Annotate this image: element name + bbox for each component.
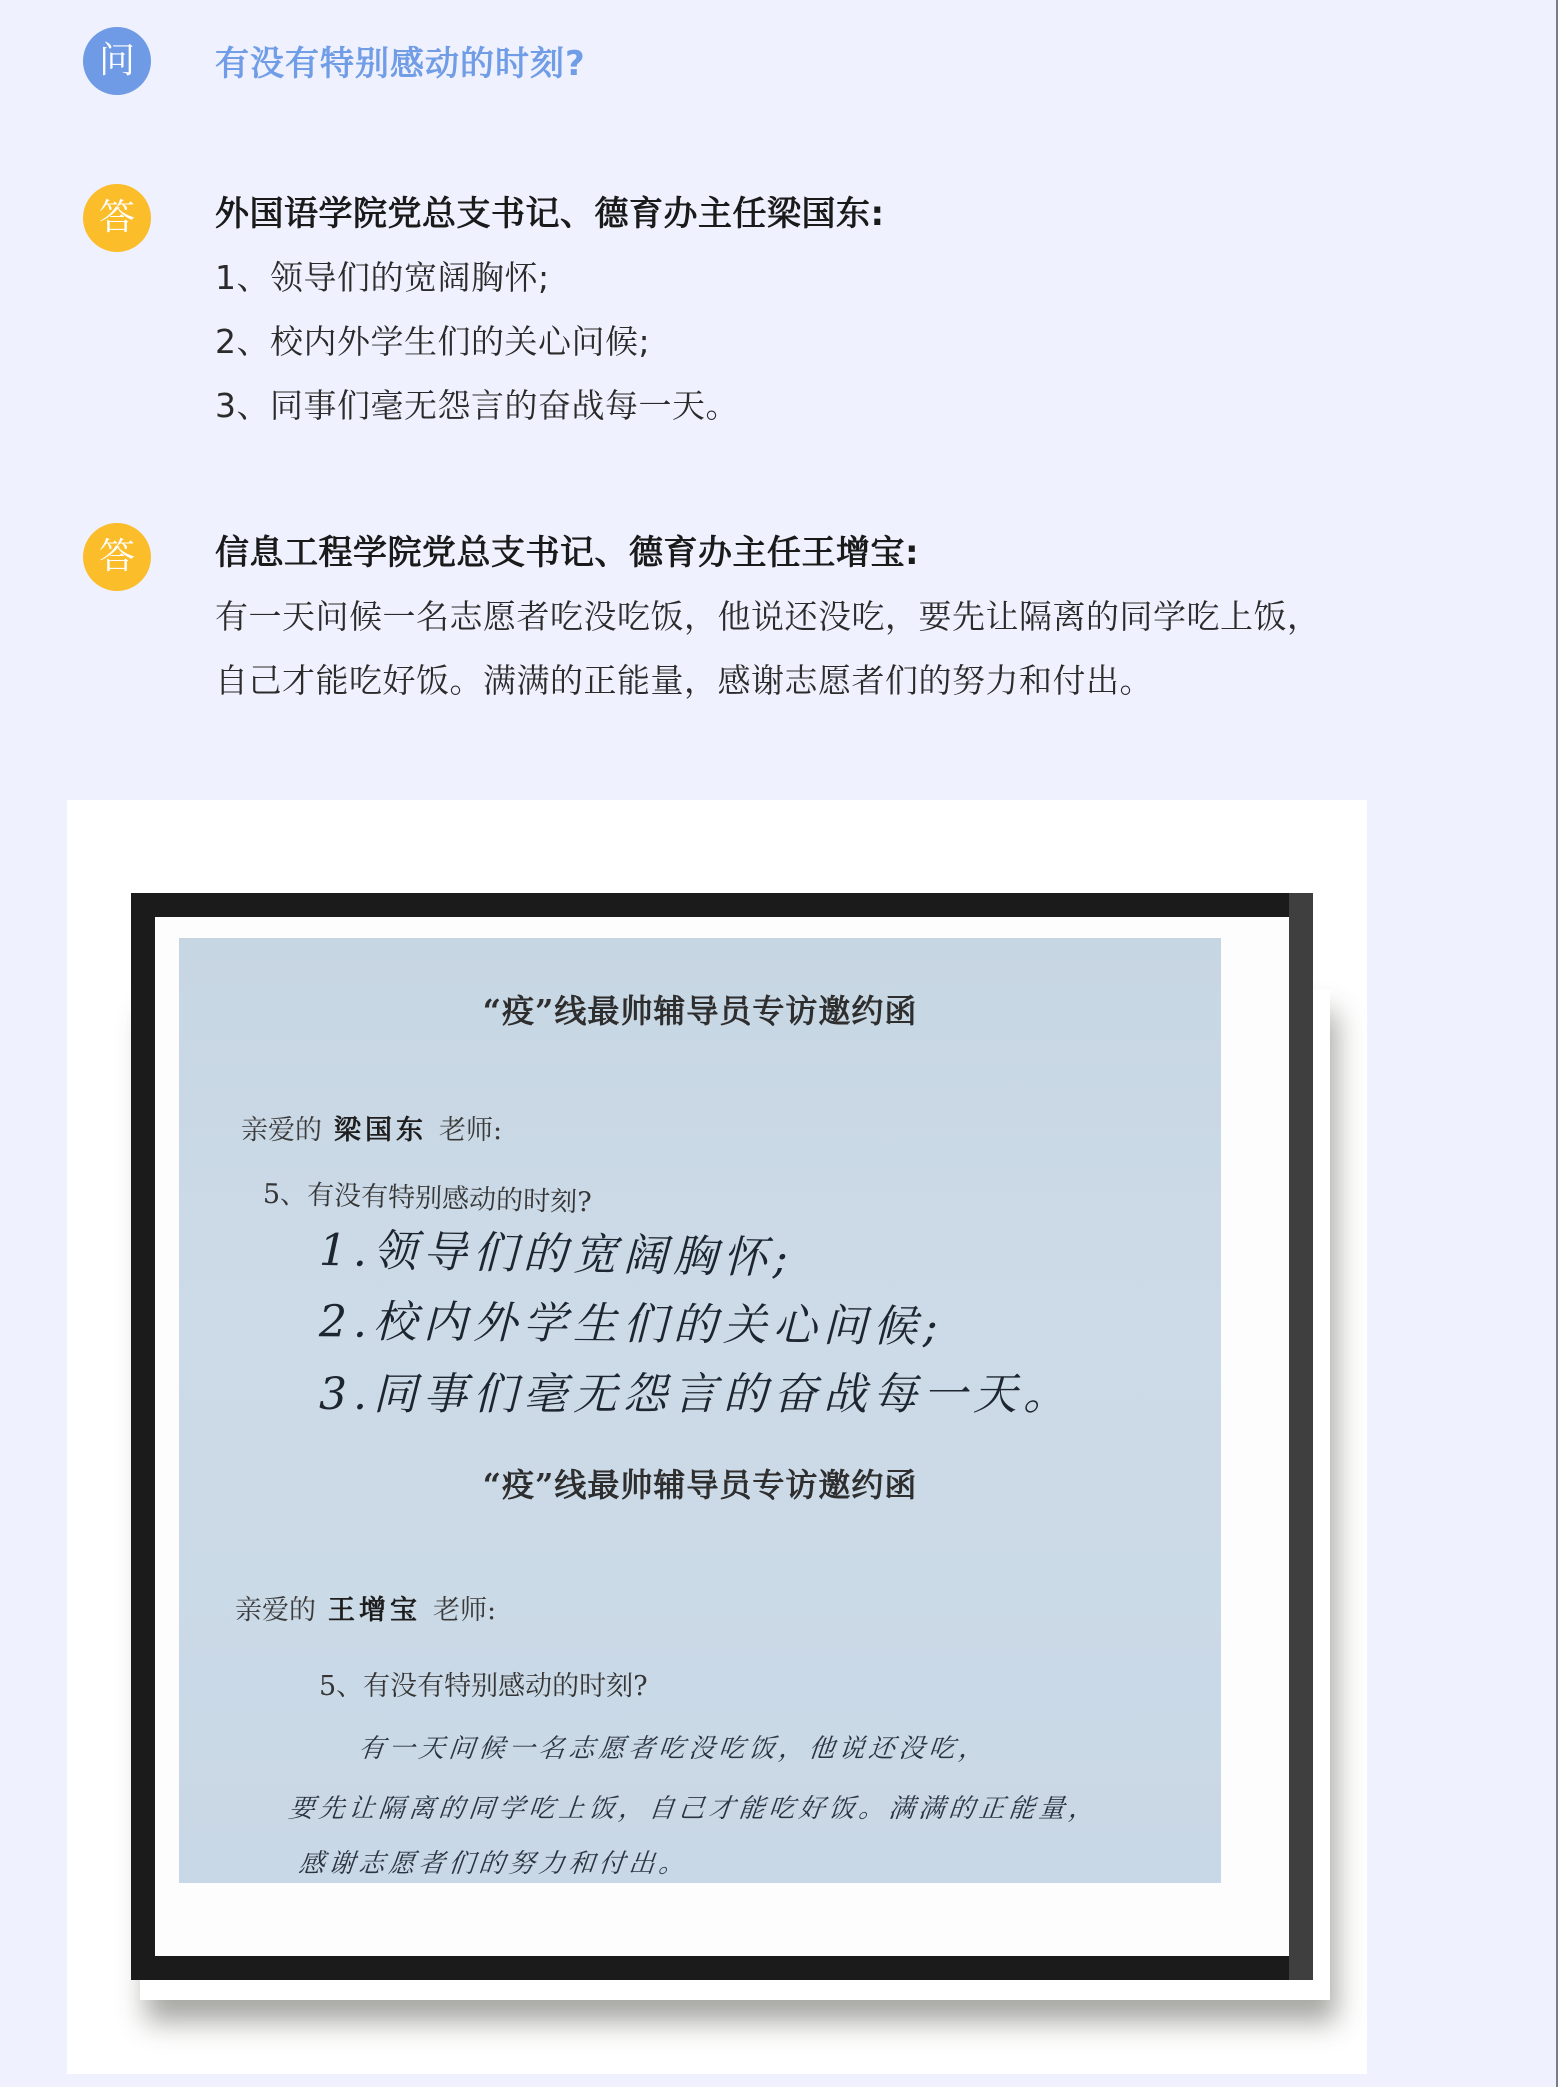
handwritten-line: 3.同事们毫无怨言的奋战每一天。 bbox=[319, 1358, 1073, 1422]
letter-greeting: 亲爱的王增宝老师: bbox=[235, 1588, 496, 1627]
greeting-prefix: 亲爱的 bbox=[235, 1595, 316, 1626]
answer-line: 有一天问候一名志愿者吃没吃饭，他说还没吃，要先让隔离的同学吃上饭， bbox=[215, 585, 1515, 649]
handwritten-line: 感谢志愿者们的努力和付出。 bbox=[297, 1843, 691, 1880]
letter-title: “疫”线最帅辅导员专访邀约函 bbox=[179, 986, 1221, 1032]
handwritten-line: 要先让隔离的同学吃上饭，自己才能吃好饭。满满的正能量， bbox=[287, 1788, 1101, 1825]
question-text: 有没有特别感动的时刻? bbox=[215, 36, 586, 85]
handwritten-line: 1.领导们的宽阔胸怀; bbox=[318, 1214, 794, 1286]
answer-line: 1、领导们的宽阔胸怀; bbox=[215, 246, 1515, 310]
answer-block-wang: 信息工程学院党总支书记、德育办主任王增宝: 有一天问候一名志愿者吃没吃饭，他说还… bbox=[215, 521, 1515, 713]
question-badge-icon: 问 bbox=[83, 27, 151, 95]
answer-line: 自己才能吃好饭。满满的正能量，感谢志愿者们的努力和付出。 bbox=[215, 649, 1515, 713]
letter-title: “疫”线最帅辅导员专访邀约函 bbox=[179, 1460, 1221, 1506]
answer-badge-icon: 答 bbox=[83, 184, 151, 252]
letter-greeting: 亲爱的梁国东老师: bbox=[241, 1108, 502, 1147]
frame-side bbox=[1289, 893, 1313, 1980]
photo-frame: “疫”线最帅辅导员专访邀约函 亲爱的梁国东老师: 5、有没有特别感动的时刻? 1… bbox=[131, 893, 1313, 1980]
handwritten-line: 2.校内外学生们的关心问候; bbox=[319, 1285, 944, 1354]
answer-line: 2、校内外学生们的关心问候; bbox=[215, 310, 1515, 374]
letter-question: 5、有没有特别感动的时刻? bbox=[263, 1172, 593, 1220]
answer-heading: 信息工程学院党总支书记、德育办主任王增宝: bbox=[215, 521, 1515, 585]
handwritten-line: 有一天问候一名志愿者吃没吃饭，他说还没吃， bbox=[357, 1728, 991, 1765]
answer-badge-icon: 答 bbox=[83, 523, 151, 591]
answer-heading: 外国语学院党总支书记、德育办主任梁国东: bbox=[215, 182, 1515, 246]
recipient-name: 王增宝 bbox=[328, 1595, 421, 1626]
invitation-letters-photo: “疫”线最帅辅导员专访邀约函 亲爱的梁国东老师: 5、有没有特别感动的时刻? 1… bbox=[179, 938, 1221, 1883]
letter-question: 5、有没有特别感动的时刻? bbox=[319, 1664, 648, 1703]
answer-line: 3、同事们毫无怨言的奋战每一天。 bbox=[215, 374, 1515, 438]
greeting-suffix: 老师: bbox=[433, 1595, 496, 1626]
answer-block-liang: 外国语学院党总支书记、德育办主任梁国东: 1、领导们的宽阔胸怀; 2、校内外学生… bbox=[215, 182, 1515, 438]
greeting-suffix: 老师: bbox=[439, 1115, 502, 1146]
greeting-prefix: 亲爱的 bbox=[241, 1115, 322, 1146]
recipient-name: 梁国东 bbox=[334, 1115, 427, 1146]
